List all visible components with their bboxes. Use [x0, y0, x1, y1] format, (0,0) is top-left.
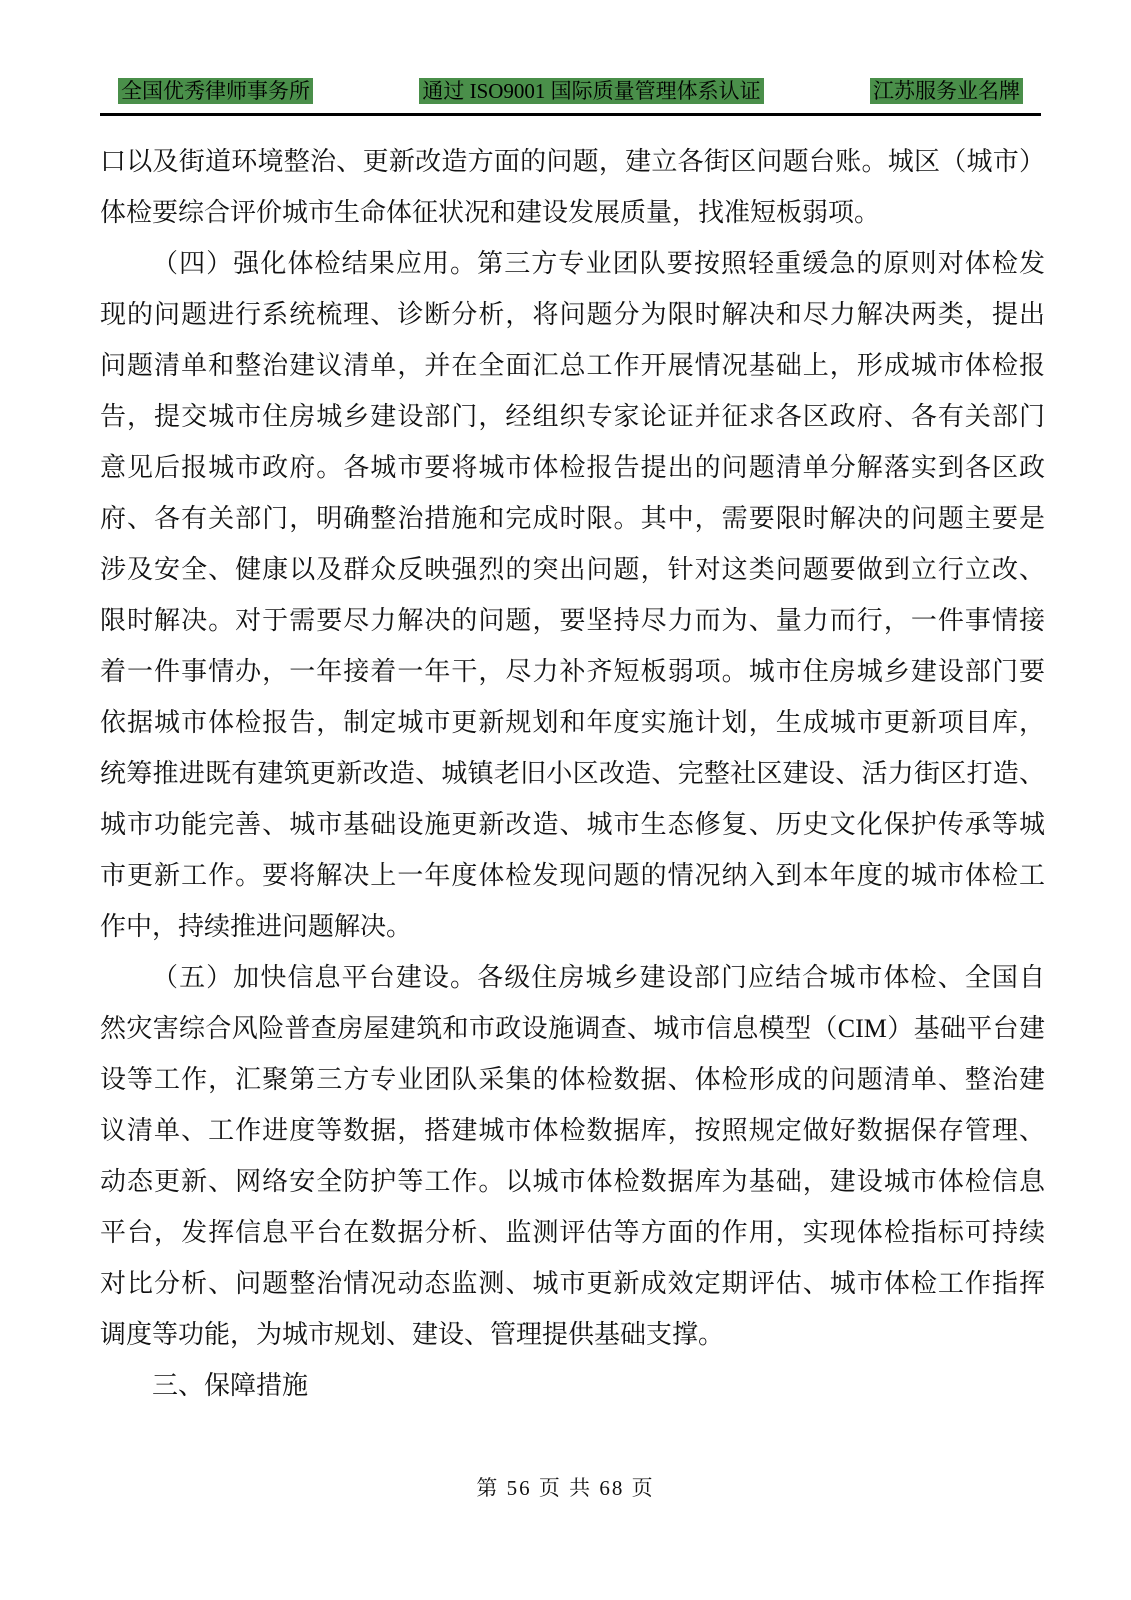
- document-body: 口以及街道环境整治、更新改造方面的问题，建立各街区问题台账。城区（城市）体检要综…: [100, 136, 1045, 1411]
- header-center-label: 通过 ISO9001 国际质量管理体系认证: [419, 78, 763, 104]
- header-left-label: 全国优秀律师事务所: [118, 78, 313, 104]
- text-line: 对比分析、问题整治情况动态监测、城市更新成效定期评估、城市体检工作指挥: [100, 1258, 1045, 1309]
- text-line: 口以及街道环境整治、更新改造方面的问题，建立各街区问题台账。城区（城市）: [100, 136, 1045, 187]
- text-line: 市更新工作。要将解决上一年度体检发现问题的情况纳入到本年度的城市体检工: [100, 850, 1045, 901]
- text-line: 城市功能完善、城市基础设施更新改造、城市生态修复、历史文化保护传承等城: [100, 799, 1045, 850]
- text-line: 体检要综合评价城市生命体征状况和建设发展质量，找准短板弱项。: [100, 187, 1045, 238]
- text-line: 调度等功能，为城市规划、建设、管理提供基础支撑。: [100, 1309, 1045, 1360]
- text-line: 然灾害综合风险普查房屋建筑和市政设施调查、城市信息模型（CIM）基础平台建: [100, 1003, 1045, 1054]
- page-number-text: 第 56 页 共 68 页: [476, 1476, 654, 1500]
- text-line: 着一件事情办，一年接着一年干，尽力补齐短板弱项。城市住房城乡建设部门要: [100, 646, 1045, 697]
- text-line: 限时解决。对于需要尽力解决的问题，要坚持尽力而为、量力而行，一件事情接: [100, 595, 1045, 646]
- text-line: 现的问题进行系统梳理、诊断分析，将问题分为限时解决和尽力解决两类，提出: [100, 289, 1045, 340]
- text-line: 涉及安全、健康以及群众反映强烈的突出问题，针对这类问题要做到立行立改、: [100, 544, 1045, 595]
- header-right-label: 江苏服务业名牌: [870, 78, 1023, 104]
- page-footer: 第 56 页 共 68 页: [0, 1472, 1131, 1502]
- text-line: 作中，持续推进问题解决。: [100, 901, 1045, 952]
- document-page: 全国优秀律师事务所 通过 ISO9001 国际质量管理体系认证 江苏服务业名牌 …: [0, 0, 1131, 1600]
- text-line: （五）加快信息平台建设。各级住房城乡建设部门应结合城市体检、全国自: [100, 952, 1045, 1003]
- text-line: （四）强化体检结果应用。第三方专业团队要按照轻重缓急的原则对体检发: [100, 238, 1045, 289]
- text-line: 依据城市体检报告，制定城市更新规划和年度实施计划，生成城市更新项目库，: [100, 697, 1045, 748]
- text-line: 问题清单和整治建议清单，并在全面汇总工作开展情况基础上，形成城市体检报: [100, 340, 1045, 391]
- text-line: 统筹推进既有建筑更新改造、城镇老旧小区改造、完整社区建设、活力街区打造、: [100, 748, 1045, 799]
- text-line: 动态更新、网络安全防护等工作。以城市体检数据库为基础，建设城市体检信息: [100, 1156, 1045, 1207]
- text-line: 平台，发挥信息平台在数据分析、监测评估等方面的作用，实现体检指标可持续: [100, 1207, 1045, 1258]
- text-line: 议清单、工作进度等数据，搭建城市体检数据库，按照规定做好数据保存管理、: [100, 1105, 1045, 1156]
- text-line: 府、各有关部门，明确整治措施和完成时限。其中，需要限时解决的问题主要是: [100, 493, 1045, 544]
- page-header: 全国优秀律师事务所 通过 ISO9001 国际质量管理体系认证 江苏服务业名牌: [100, 78, 1041, 116]
- text-line: 三、保障措施: [100, 1360, 1045, 1411]
- text-line: 意见后报城市政府。各城市要将城市体检报告提出的问题清单分解落实到各区政: [100, 442, 1045, 493]
- text-line: 告，提交城市住房城乡建设部门，经组织专家论证并征求各区政府、各有关部门: [100, 391, 1045, 442]
- text-line: 设等工作，汇聚第三方专业团队采集的体检数据、体检形成的问题清单、整治建: [100, 1054, 1045, 1105]
